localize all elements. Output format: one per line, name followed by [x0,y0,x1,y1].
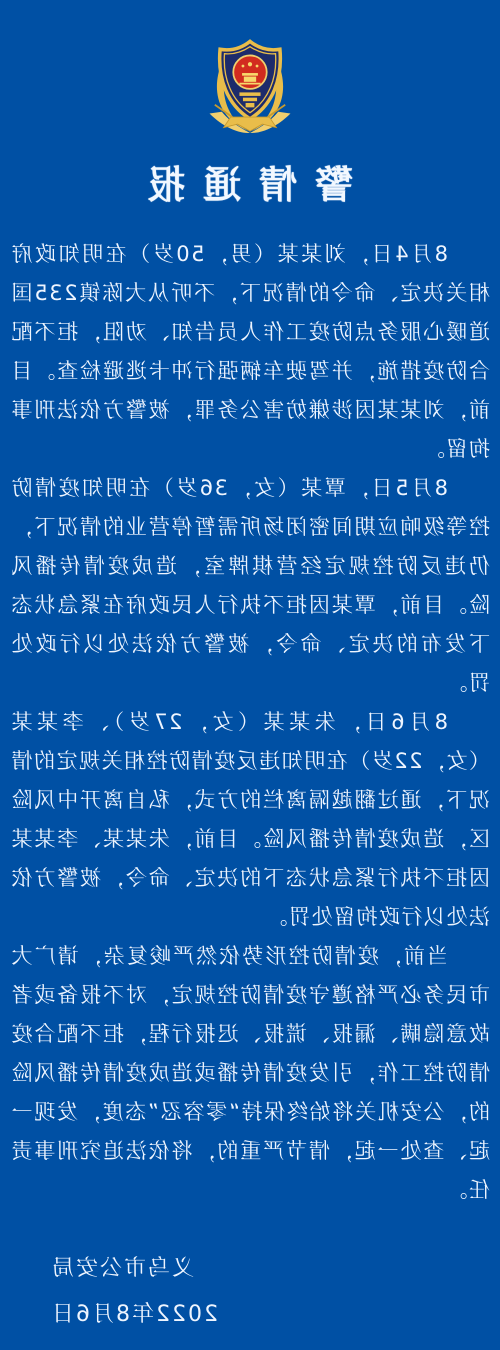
notice-paragraph-2: 8月5日，覃某（女，36岁）在明知疫情防控等级响应期间密闭场所需暂停营业的情况下… [10,469,490,703]
notice-title: 警情通报 [0,154,500,209]
notice-date: 2022年8月6日 [50,1292,500,1338]
emblem-container [0,0,500,140]
notice-paragraph-4: 当前，疫情防控形势依然严峻复杂，请广大市民务必严格遵守疫情防控规定，对不报备或者… [10,937,490,1210]
notice-paragraph-3: 8月6日，朱某某（女，27岁）、李某某（女，22岁）在明知违反疫情防控相关规定的… [10,703,490,937]
police-notice: 警情通报 8月4日，刘某某（男，50岁）在明知政府相关决定、命令的情况下，不听从… [0,0,500,1350]
signature-block: 义乌市公安局 2022年8月6日 [0,1246,500,1338]
mirrored-content: 警情通报 8月4日，刘某某（男，50岁）在明知政府相关决定、命令的情况下，不听从… [0,0,500,1350]
police-emblem-icon [206,36,294,140]
agency-name: 义乌市公安局 [50,1246,500,1292]
notice-body: 8月4日，刘某某（男，50岁）在明知政府相关决定、命令的情况下，不听从大陈镇23… [10,235,490,1210]
notice-paragraph-1: 8月4日，刘某某（男，50岁）在明知政府相关决定、命令的情况下，不听从大陈镇23… [10,235,490,469]
